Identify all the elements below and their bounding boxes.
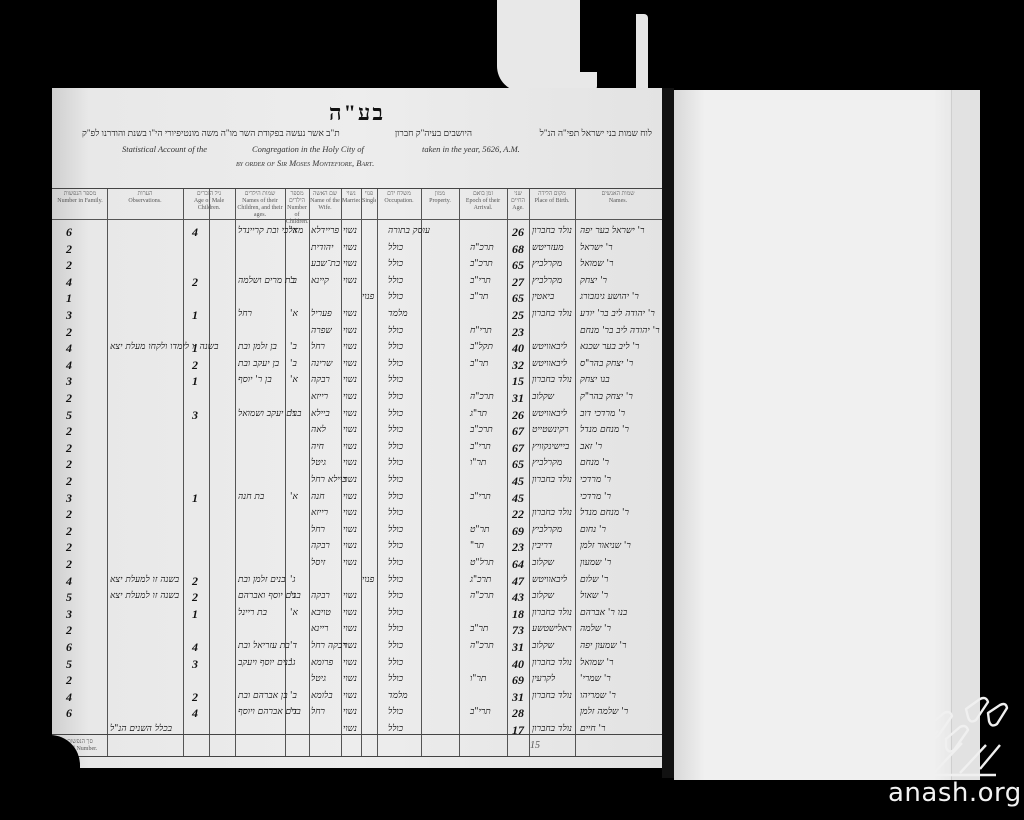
married-mark: נשוי <box>343 474 357 485</box>
birth-place: מקרלביץ <box>532 524 562 535</box>
person-name: ר' יהודה ליב בר' יודע <box>580 308 655 319</box>
person-name: בנו ר' אברהם <box>580 607 627 618</box>
occupation: כולל <box>388 623 403 634</box>
birth-place: נולד בחברון <box>532 474 572 485</box>
married-mark: נשוי <box>343 540 357 551</box>
male-children-age: 2 <box>192 574 198 589</box>
age: 26 <box>512 408 524 423</box>
wife-name: שרינה <box>311 358 332 369</box>
column-divider <box>529 189 530 756</box>
family-count: 2 <box>66 424 72 439</box>
wife-name: גיטל <box>311 673 326 684</box>
family-count: 6 <box>66 640 72 655</box>
married-mark: נשוי <box>343 242 357 253</box>
age: 23 <box>512 540 524 555</box>
wife-name: רחל <box>311 524 325 535</box>
family-count: 2 <box>66 258 72 273</box>
children-names: בן זלמן ובת <box>238 341 277 352</box>
family-count: 2 <box>66 623 72 638</box>
male-children-age: 1 <box>192 341 198 356</box>
family-count: 2 <box>66 391 72 406</box>
person-name: ר' שלמה זלמן <box>580 706 628 717</box>
column-divider <box>507 189 508 756</box>
age: 73 <box>512 623 524 638</box>
age: 47 <box>512 574 524 589</box>
col-number-children: מספר הילדיםNumber of Children. <box>286 191 308 226</box>
children-count: א' <box>290 374 298 385</box>
age: 45 <box>512 491 524 506</box>
married-mark: נשוי <box>343 225 357 236</box>
age: 18 <box>512 607 524 622</box>
birth-place: נולד בחברון <box>532 690 572 701</box>
married-mark: נשוי <box>343 557 357 568</box>
age: 65 <box>512 291 524 306</box>
family-count: 2 <box>66 673 72 688</box>
wife-name: פרומא <box>311 657 333 668</box>
person-name: ר' חיים <box>580 723 605 734</box>
children-count: א' <box>290 308 298 319</box>
occupation: מלמד <box>388 690 408 701</box>
male-children-age: 4 <box>192 640 198 655</box>
title-english-4: by order of Sir Moses Montefiore, Bart. <box>236 158 374 168</box>
arrival-year: תרכ"ב <box>470 258 493 269</box>
occupation: כולל <box>388 640 403 651</box>
family-count: 2 <box>66 242 72 257</box>
wife-name: טויבא <box>311 607 331 618</box>
male-children-age: 1 <box>192 308 198 323</box>
birth-place: לקרעין <box>532 673 555 684</box>
occupation: כולל <box>388 657 403 668</box>
col-single: פנויSingle. <box>362 191 376 205</box>
family-count: 4 <box>66 690 72 705</box>
column-divider <box>341 189 342 756</box>
wife-name: חיה <box>311 441 324 452</box>
occupation: כולל <box>388 491 403 502</box>
person-name: ר' שמרי' <box>580 673 611 684</box>
age: 17 <box>512 723 524 738</box>
age: 32 <box>512 358 524 373</box>
person-name: ר' שמעון יפה <box>580 640 626 651</box>
column-divider <box>377 189 378 756</box>
age: 40 <box>512 341 524 356</box>
header-bh: בע"ה <box>52 100 662 126</box>
person-name: ר' שמואל <box>580 657 613 668</box>
person-name: ר' שלמה <box>580 623 611 634</box>
wife-name: ריינא <box>311 623 328 634</box>
occupation: כולל <box>388 325 403 336</box>
column-divider <box>361 189 362 756</box>
table-header: מספר הנפשותNumber in Family. הערותObserv… <box>52 189 662 220</box>
person-name: ר' יהושע גינזבורג <box>580 291 639 302</box>
title-hebrew-center: היושבים בעיה"ק חברון <box>395 128 472 138</box>
person-name: ר' יצחק <box>580 275 607 286</box>
wife-name: פריידלא <box>311 225 339 236</box>
children-names: בן ר' יוסף <box>238 374 272 385</box>
census-page: בע"ה לוח שמות בני ישראל תפי"ה הנ"ל היושב… <box>52 88 662 768</box>
children-names: בת ריינל <box>238 607 267 618</box>
person-name: ר' שמואל <box>580 258 613 269</box>
arrival-year: תרי"ב <box>470 706 491 717</box>
age: 28 <box>512 706 524 721</box>
arrival-year: תרי"ב <box>470 491 491 502</box>
age: 22 <box>512 507 524 522</box>
married-mark: נשוי <box>343 441 357 452</box>
occupation: כולל <box>388 706 403 717</box>
children-count: ב' <box>290 341 297 352</box>
person-name: ר' יצחק בהר"ס <box>580 358 633 369</box>
male-children-age: 1 <box>192 491 198 506</box>
children-count: ג' <box>290 657 295 668</box>
occupation: כולל <box>388 540 403 551</box>
family-count: 2 <box>66 557 72 572</box>
family-count: 2 <box>66 540 72 555</box>
age: 43 <box>512 590 524 605</box>
col-married: נשויMarried. <box>342 191 360 205</box>
birth-place: שקלוב <box>532 391 554 402</box>
paper-tab-notch <box>580 0 638 72</box>
married-mark: נשוי <box>343 657 357 668</box>
married-mark: נשוי <box>343 524 357 535</box>
family-count: 2 <box>66 507 72 522</box>
occupation: כולל <box>388 574 403 585</box>
person-name: ר' ליב בער שכנא <box>580 341 639 352</box>
person-name: ר' שניאור זלמן <box>580 540 631 551</box>
family-count: 2 <box>66 474 72 489</box>
page-edge-strip <box>951 90 980 780</box>
age: 67 <box>512 441 524 456</box>
single-mark: פנוי <box>362 291 374 302</box>
wife-name: לאה <box>311 424 326 435</box>
title-hebrew-right: לוח שמות בני ישראל תפי"ה הנ"ל <box>540 128 652 138</box>
watermark-text: anash.org <box>888 778 1022 808</box>
male-children-age: 3 <box>192 657 198 672</box>
birth-place: נולד בחברון <box>532 225 572 236</box>
age: 27 <box>512 275 524 290</box>
birth-place: נולד בחברון <box>532 308 572 319</box>
occupation: עוסק בתורה <box>388 225 430 236</box>
birth-place: מקרלביץ <box>532 258 562 269</box>
person-name: ר' מנחם <box>580 457 609 468</box>
birth-place: ביאטין <box>532 291 554 302</box>
col-epoch-arrival: זמן בואםEpoch of their Arrival. <box>460 191 506 212</box>
occupation: כולל <box>388 723 403 734</box>
col-name-wife: שם האשהName of the Wife. <box>310 191 340 212</box>
arrival-year: תרי"ח <box>470 325 492 336</box>
title-english-2: Congregation in the Holy City of <box>252 144 364 154</box>
male-children-age: 2 <box>192 590 198 605</box>
married-mark: נשוי <box>343 358 357 369</box>
person-name: ר' שאול <box>580 590 608 601</box>
children-count: ד' <box>290 706 297 717</box>
person-name: ר' יהודה ליב בר' מנחם <box>580 325 660 336</box>
birth-place: דריבין <box>532 540 552 551</box>
person-name: ר' נחום <box>580 524 606 535</box>
person-name: ר' שמעון <box>580 557 611 568</box>
wife-name: יהודית <box>311 242 333 253</box>
birth-place: נולד בחברון <box>532 607 572 618</box>
children-names: בת מרים ושלמה <box>238 275 295 286</box>
married-mark: נשוי <box>343 491 357 502</box>
occupation: כולל <box>388 457 403 468</box>
page-number: 15 <box>530 740 540 751</box>
arrival-year: תר"ט <box>470 524 490 535</box>
age: 26 <box>512 225 524 240</box>
occupation: כולל <box>388 607 403 618</box>
title-hebrew-left: ת"ב אשר נעשה בפקודת השר מו"ה משה מונטיפי… <box>82 128 340 138</box>
male-children-age: 1 <box>192 374 198 389</box>
col-place-of-birth: מקום הלידהPlace of Birth. <box>530 191 574 205</box>
male-children-age: 4 <box>192 706 198 721</box>
column-divider <box>209 189 210 756</box>
occupation: כולל <box>388 590 403 601</box>
children-count: ב' <box>290 690 297 701</box>
occupation: כולל <box>388 408 403 419</box>
children-names: בן אברהם ובת <box>238 690 288 701</box>
married-mark: נשוי <box>343 723 357 734</box>
birth-place: שקלוב <box>532 557 554 568</box>
married-mark: נשוי <box>343 640 357 651</box>
person-name: ר' שמריהו <box>580 690 616 701</box>
birth-place: ליבאוויטש <box>532 358 567 369</box>
children-count: ג' <box>290 408 295 419</box>
person-name: ר' מרדכי <box>580 491 611 502</box>
family-count: 3 <box>66 308 72 323</box>
column-divider <box>459 189 460 756</box>
married-mark: נשוי <box>343 374 357 385</box>
person-name: ר' מנחם מנדל <box>580 507 629 518</box>
col-property: ממוןProperty. <box>422 191 458 205</box>
title-english-1: Statistical Account of the <box>122 144 207 154</box>
arrival-year: תקל"ב <box>470 341 493 352</box>
wife-name: רחל <box>311 341 325 352</box>
birth-place: ביישינקוויץ <box>532 441 569 452</box>
married-mark: נשוי <box>343 623 357 634</box>
age: 25 <box>512 308 524 323</box>
occupation: כולל <box>388 341 403 352</box>
married-mark: נשוי <box>343 590 357 601</box>
age: 65 <box>512 258 524 273</box>
married-mark: נשוי <box>343 391 357 402</box>
birth-place: ליבאוויטש <box>532 408 567 419</box>
occupation: כולל <box>388 391 403 402</box>
age: 67 <box>512 424 524 439</box>
person-name: ר' מרדכי <box>580 474 611 485</box>
family-count: 2 <box>66 441 72 456</box>
male-children-age: 2 <box>192 358 198 373</box>
col-names: שמות האנשיםNames. <box>576 191 660 205</box>
arrival-year: תר"ב <box>470 358 488 369</box>
children-count: ג' <box>290 574 295 585</box>
book-gutter <box>662 88 674 778</box>
male-children-age: 2 <box>192 690 198 705</box>
age: 69 <box>512 524 524 539</box>
arrival-year: תרי"ב <box>470 441 491 452</box>
wife-name: חנה <box>311 491 325 502</box>
family-count: 2 <box>66 325 72 340</box>
birth-place: ראלישטשע <box>532 623 572 634</box>
married-mark: נשוי <box>343 507 357 518</box>
age: 31 <box>512 690 524 705</box>
arrival-year: תרכ"ה <box>470 590 494 601</box>
arrival-year: תר"ב <box>470 291 488 302</box>
married-mark: נשוי <box>343 424 357 435</box>
children-count: א' <box>290 491 298 502</box>
observation-note: בכלל השנים הנ"ל <box>110 723 172 734</box>
occupation: כולל <box>388 374 403 385</box>
arrival-year: תרכ"ה <box>470 391 494 402</box>
person-name: ר' יצחק בהר"ק <box>580 391 633 402</box>
family-count: 5 <box>66 590 72 605</box>
occupation: כולל <box>388 557 403 568</box>
person-name: ר' מנחם מנדל <box>580 424 629 435</box>
wife-name: גיטל <box>311 457 326 468</box>
arrival-year: תרכ"ה <box>470 640 494 651</box>
children-names: בן יעקב ובת <box>238 358 279 369</box>
birth-place: ליבאוויטש <box>532 341 567 352</box>
children-names: בת חנה <box>238 491 264 502</box>
age: 45 <box>512 474 524 489</box>
column-divider <box>235 189 236 756</box>
occupation: כולל <box>388 258 403 269</box>
children-count: ג' <box>290 590 295 601</box>
family-count: 4 <box>66 341 72 356</box>
column-divider <box>183 189 184 756</box>
wife-name: רחל <box>311 706 325 717</box>
married-mark: נשוי <box>343 275 357 286</box>
col-names-children: שמות הילדיםNames of their Children, and … <box>236 191 284 219</box>
children-count: ד' <box>290 225 297 236</box>
age: 65 <box>512 457 524 472</box>
age: 31 <box>512 391 524 406</box>
age: 64 <box>512 557 524 572</box>
col-age: שני החייםAge. <box>508 191 528 212</box>
col-number-in-family: מספר הנפשותNumber in Family. <box>54 191 106 205</box>
occupation: כולל <box>388 358 403 369</box>
occupation: כולל <box>388 441 403 452</box>
person-name: ר' ישראל <box>580 242 613 253</box>
wife-name: רייזא <box>311 391 328 402</box>
birth-place: מקרלביץ <box>532 275 562 286</box>
paper-tab-right <box>636 14 648 92</box>
column-divider <box>309 189 310 756</box>
married-mark: נשוי <box>343 325 357 336</box>
family-count: 2 <box>66 524 72 539</box>
occupation: כולל <box>388 291 403 302</box>
column-divider <box>575 189 576 756</box>
male-children-age: 4 <box>192 225 198 240</box>
birth-place: מעזריטש <box>532 242 564 253</box>
family-count: 6 <box>66 225 72 240</box>
family-count: 4 <box>66 275 72 290</box>
occupation: כולל <box>388 474 403 485</box>
census-table: מספר הנפשותNumber in Family. הערותObserv… <box>52 188 662 757</box>
wife-name: רבקה <box>311 540 330 551</box>
family-count: 2 <box>66 457 72 472</box>
arrival-year: תרכ"ג <box>470 574 491 585</box>
wife-name: רבקה <box>311 590 330 601</box>
family-count: 3 <box>66 374 72 389</box>
occupation: כולל <box>388 424 403 435</box>
wife-name: ביילא <box>311 408 330 419</box>
arrival-year: תר"ו <box>470 457 486 468</box>
single-mark: פנוי <box>362 574 374 585</box>
married-mark: נשוי <box>343 341 357 352</box>
title-english-3: taken in the year, 5626, A.M. <box>422 144 520 154</box>
birth-place: שקלוב <box>532 590 554 601</box>
age: 31 <box>512 640 524 655</box>
birth-place: שקלוב <box>532 640 554 651</box>
observation-note: בשנה זו לימדו ולקחו מעלת יצא <box>110 341 218 352</box>
birth-place: נולד בחברון <box>532 374 572 385</box>
observation-note: בשנה זו למעלת יצא <box>110 590 179 601</box>
children-count: א' <box>290 607 298 618</box>
wife-name: ביילא רחל <box>311 474 347 485</box>
children-names: בנים זלמן ובת <box>238 574 285 585</box>
arrival-year: תר" <box>470 540 484 551</box>
person-name: ר' מרדכי דוב <box>580 408 625 419</box>
family-count: 3 <box>66 607 72 622</box>
married-mark: נשוי <box>343 457 357 468</box>
children-names: בנים יוסף ויעקב <box>238 657 292 668</box>
wife-name: קיינא <box>311 275 329 286</box>
column-divider <box>107 189 108 756</box>
married-mark: נשוי <box>343 408 357 419</box>
birth-place: נולד בחברון <box>532 657 572 668</box>
wife-name: רבקה רחל <box>311 640 347 651</box>
male-children-age: 1 <box>192 607 198 622</box>
arrival-year: תר"ו <box>470 673 486 684</box>
male-children-age: 3 <box>192 408 198 423</box>
family-count: 6 <box>66 706 72 721</box>
wife-name: בת־שבע <box>311 258 340 269</box>
arrival-year: תרל"ט <box>470 557 494 568</box>
married-mark: נשוי <box>343 690 357 701</box>
age: 15 <box>512 374 524 389</box>
wife-name: בלומא <box>311 690 333 701</box>
arrival-year: תרי"ב <box>470 275 491 286</box>
family-count: 5 <box>66 408 72 423</box>
occupation: כולל <box>388 507 403 518</box>
occupation: כולל <box>388 275 403 286</box>
birth-place: רקינשטייט <box>532 424 569 435</box>
birth-place: נולד בחברון <box>532 507 572 518</box>
age: 69 <box>512 673 524 688</box>
arrival-year: תר"ב <box>470 623 488 634</box>
married-mark: נשוי <box>343 308 357 319</box>
occupation: כולל <box>388 524 403 535</box>
children-count: ד' <box>290 640 297 651</box>
married-mark: נשוי <box>343 706 357 717</box>
male-children-age: 2 <box>192 275 198 290</box>
children-names: בת עזריאל ובת <box>238 640 290 651</box>
occupation: מלמד <box>388 308 408 319</box>
arrival-year: תרכ"ב <box>470 424 493 435</box>
observation-note: בשנה זו למעלת יצא <box>110 574 179 585</box>
age: 40 <box>512 657 524 672</box>
family-count: 4 <box>66 358 72 373</box>
column-divider <box>421 189 422 756</box>
col-occupation: משלח ידםOccupation. <box>378 191 420 205</box>
person-name: ר' שלום <box>580 574 608 585</box>
birth-place: ליבאוויטש <box>532 574 567 585</box>
family-count: 5 <box>66 657 72 672</box>
wife-name: זיסל <box>311 557 325 568</box>
family-count: 3 <box>66 491 72 506</box>
wife-name: רבקה <box>311 374 330 385</box>
wife-name: פעריל <box>311 308 332 319</box>
married-mark: נשוי <box>343 607 357 618</box>
family-count: 4 <box>66 574 72 589</box>
